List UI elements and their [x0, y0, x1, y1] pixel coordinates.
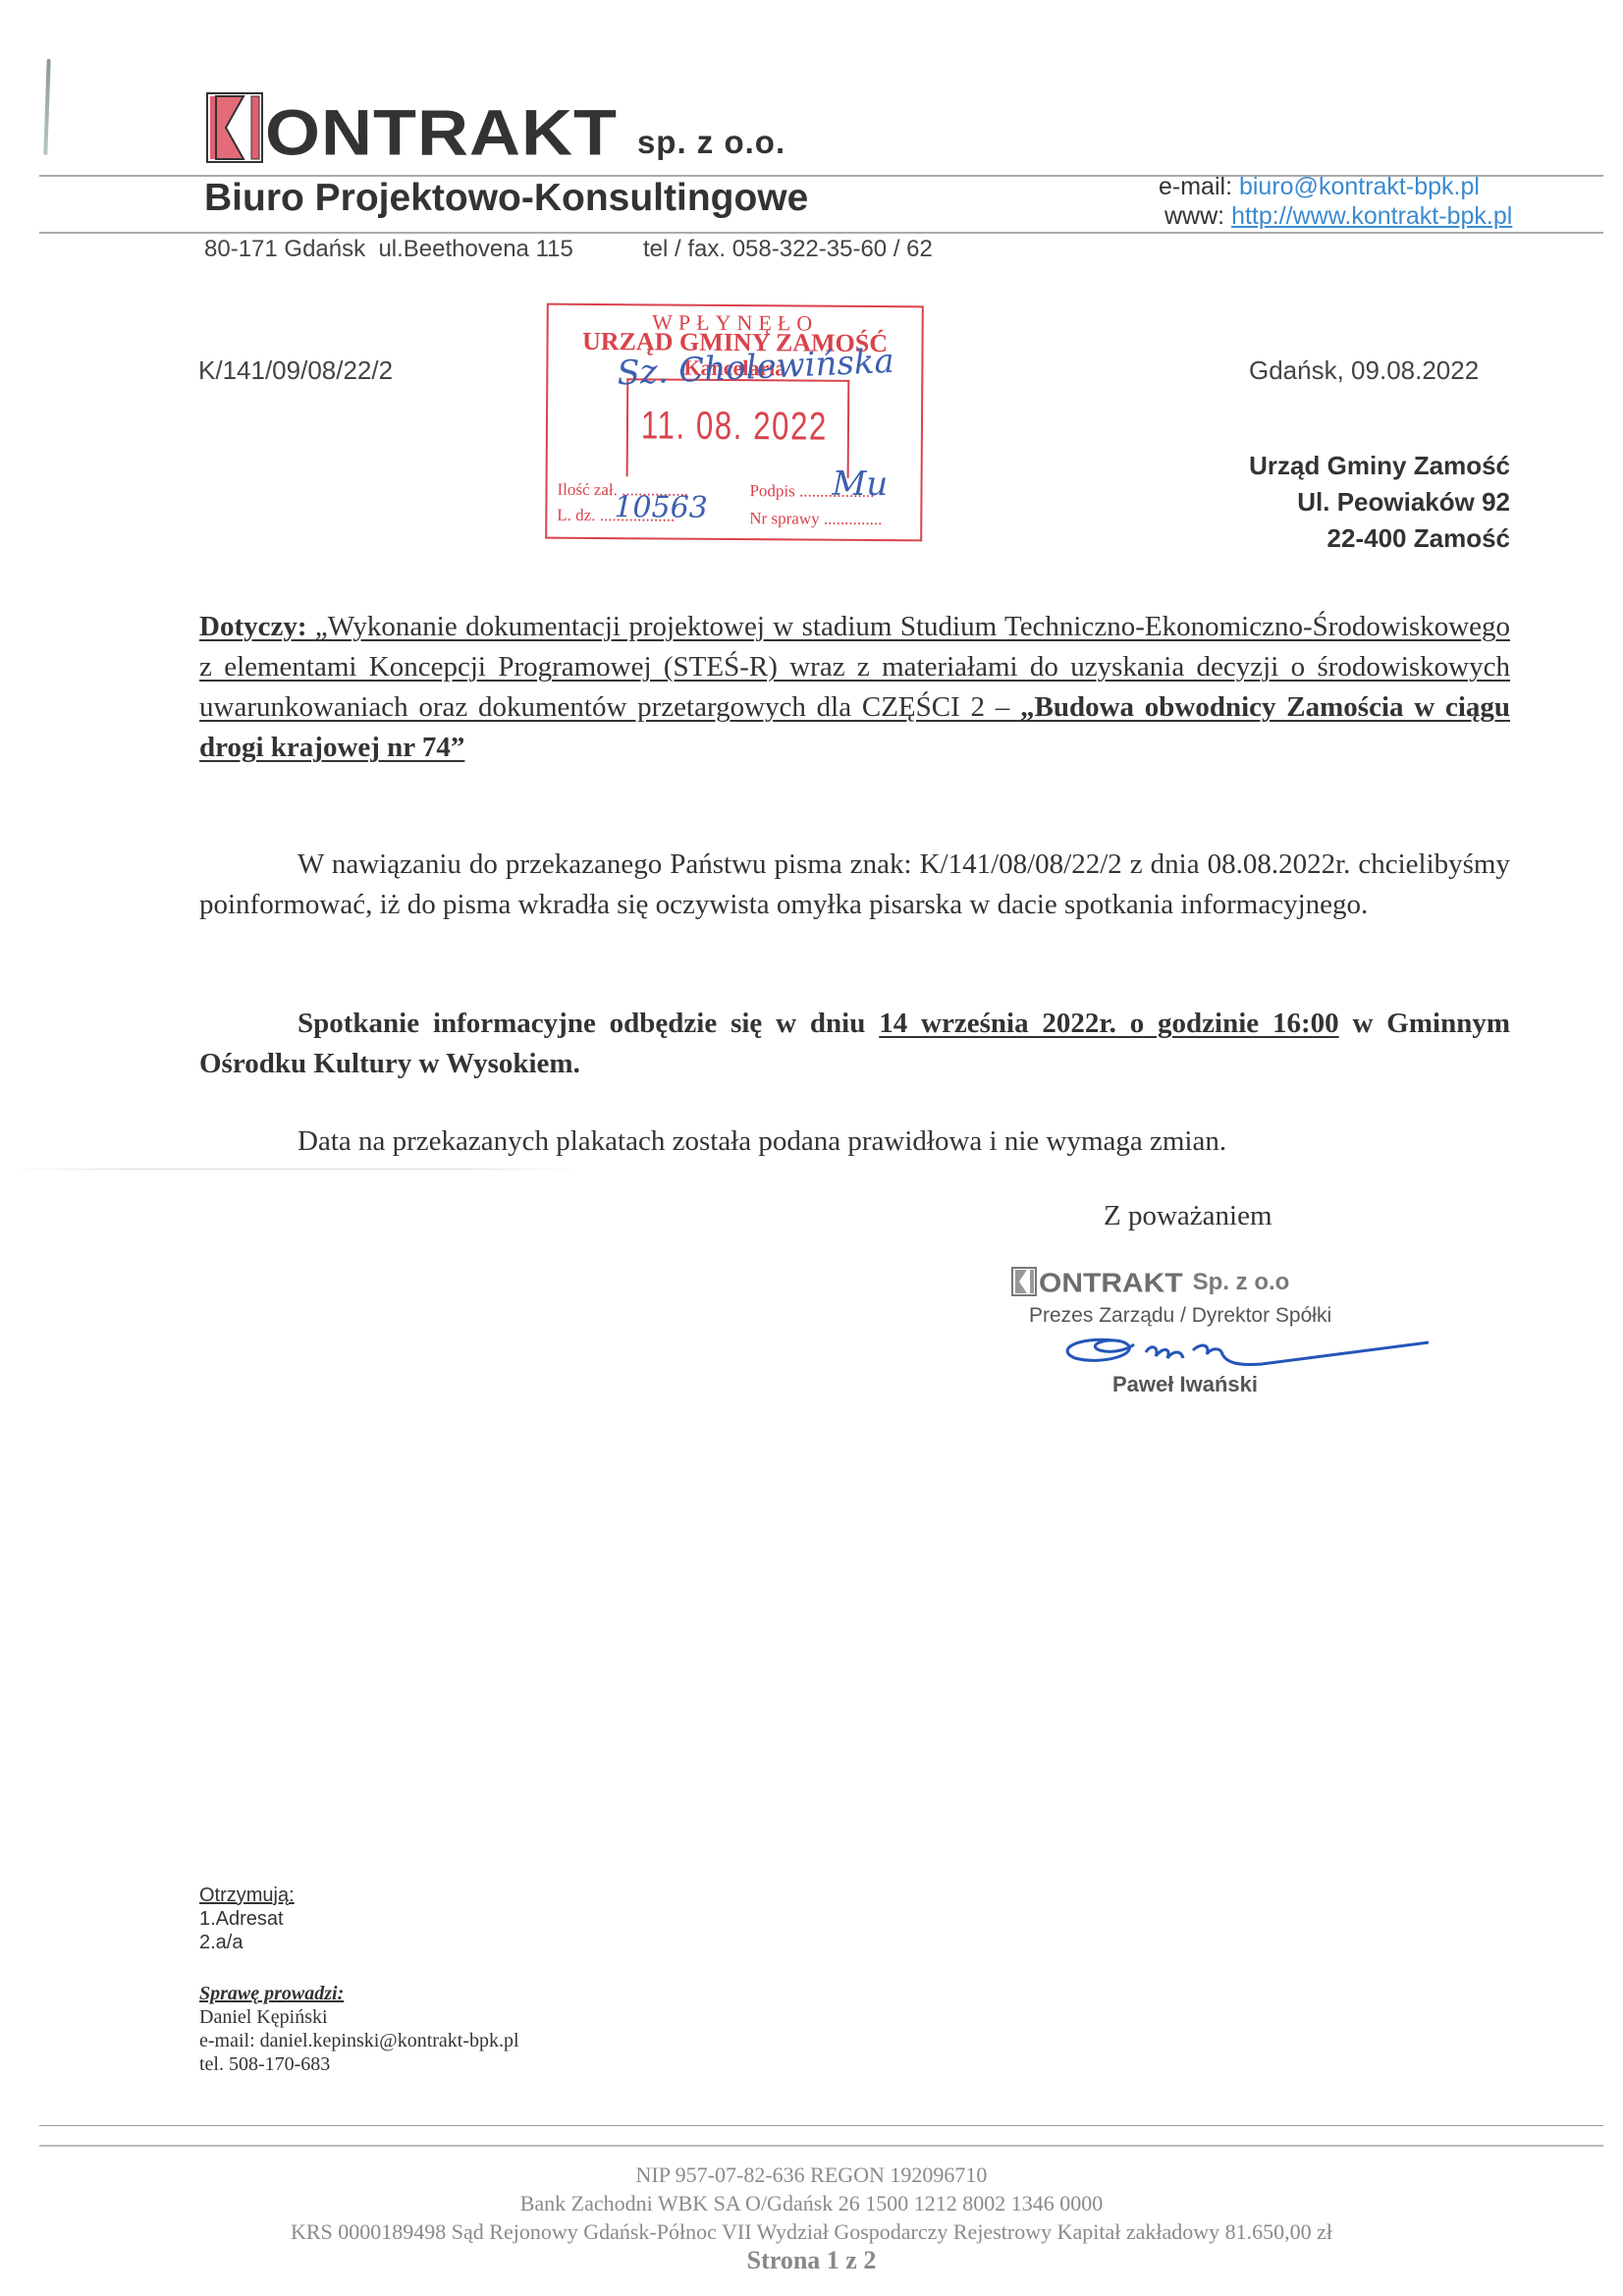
- company-suffix: sp. z o.o.: [637, 124, 785, 161]
- handler-name: Daniel Kępiński: [199, 2005, 519, 2029]
- body-paragraph-meeting: Spotkanie informacyjne odbędzie się w dn…: [199, 1004, 1510, 1084]
- company-contact: e-mail: biuro@kontrakt-bpk.pl www: http:…: [1159, 172, 1512, 231]
- website-link[interactable]: http://www.kontrakt-bpk.pl: [1231, 202, 1512, 230]
- footer-bank: Bank Zachodni WBK SA O/Gdańsk 26 1500 12…: [0, 2189, 1623, 2217]
- case-handler: Sprawę prowadzi: Daniel Kępiński e-mail:…: [199, 1982, 519, 2076]
- logo-k-icon: [206, 92, 263, 163]
- email-label: e-mail:: [1159, 173, 1232, 200]
- www-row: www: http://www.kontrakt-bpk.pl: [1159, 201, 1512, 231]
- distribution-item: 1.Adresat: [199, 1907, 295, 1931]
- receipt-stamp: WPŁYNĘŁO URZĄD GMINY ZAMOŚĆ Kancelaria 1…: [545, 303, 924, 542]
- stamp-signature-mark: Mu: [832, 465, 888, 504]
- distribution-list: Otrzymują: 1.Adresat 2.a/a: [199, 1884, 295, 1954]
- subject-label: Dotyczy:: [199, 611, 307, 642]
- header-divider-bottom: [39, 232, 1603, 234]
- footer-registry: KRS 0000189498 Sąd Rejonowy Gdańsk-Półno…: [0, 2217, 1623, 2246]
- footer-divider-top: [39, 2125, 1603, 2126]
- signatory-role: Prezes Zarządu / Dyrektor Spółki: [1029, 1304, 1331, 1328]
- company-logo: ONTRAKT sp. z o.o.: [206, 92, 785, 163]
- stamp-date: 11. 08. 2022: [641, 404, 828, 449]
- recipient-address: Urząd Gminy Zamość Ul. Peowiaków 92 22-4…: [1129, 448, 1510, 557]
- stamp-ldz-value: 10563: [614, 490, 708, 525]
- recipient-name: Urząd Gminy Zamość: [1129, 448, 1510, 484]
- logo-k-icon: [1011, 1267, 1037, 1296]
- meeting-datetime: 14 września 2022r. o godzinie 16:00: [879, 1008, 1338, 1039]
- signature-company-name: ONTRAKT: [1039, 1271, 1183, 1296]
- scan-artifact-line: [10, 1169, 579, 1170]
- scan-artifact: [43, 59, 50, 155]
- handwritten-signature: [1055, 1331, 1448, 1374]
- closing-greeting: Z poważaniem: [1104, 1200, 1272, 1232]
- stamp-field-case-number: Nr sprawy ..............: [749, 509, 882, 529]
- place-date: Gdańsk, 09.08.2022: [1249, 355, 1479, 386]
- company-subtitle: Biuro Projektowo-Konsultingowe: [204, 177, 808, 220]
- distribution-label: Otrzymują:: [199, 1884, 295, 1907]
- signature-stamp-logo: ONTRAKT Sp. z o.o: [1011, 1267, 1289, 1296]
- body-paragraph-1: W nawiązaniu do przekazanego Państwu pis…: [199, 845, 1510, 925]
- footer-tax-ids: NIP 957-07-82-636 REGON 192096710: [0, 2160, 1623, 2189]
- signatory-name: Paweł Iwański: [1112, 1372, 1258, 1397]
- subject-block: Dotyczy: „Wykonanie dokumentacji projekt…: [199, 607, 1510, 768]
- handler-phone: tel. 508-170-683: [199, 2052, 519, 2076]
- www-label: www:: [1164, 202, 1224, 230]
- email-link[interactable]: biuro@kontrakt-bpk.pl: [1239, 173, 1480, 200]
- distribution-item: 2.a/a: [199, 1931, 295, 1954]
- signature-company-suffix: Sp. z o.o: [1193, 1269, 1290, 1296]
- footer-divider-bottom: [39, 2145, 1603, 2147]
- handler-label: Sprawę prowadzi:: [199, 1982, 519, 2005]
- email-row: e-mail: biuro@kontrakt-bpk.pl: [1159, 172, 1512, 201]
- body-paragraph-3: Data na przekazanych plakatach została p…: [199, 1121, 1510, 1162]
- handler-email: e-mail: daniel.kepinski@kontrakt-bpk.pl: [199, 2029, 519, 2052]
- company-name: ONTRAKT: [265, 103, 618, 163]
- meeting-text-before: Spotkanie informacyjne odbędzie się w dn…: [298, 1008, 879, 1039]
- footer: NIP 957-07-82-636 REGON 192096710 Bank Z…: [0, 2160, 1623, 2274]
- company-address: 80-171 Gdańsk ul.Beethovena 115: [204, 236, 573, 263]
- recipient-street: Ul. Peowiaków 92: [1129, 484, 1510, 520]
- page-number: Strona 1 z 2: [0, 2246, 1623, 2274]
- company-telfax: tel / fax. 058-322-35-60 / 62: [643, 236, 933, 263]
- recipient-city: 22-400 Zamość: [1129, 520, 1510, 557]
- document-reference: K/141/09/08/22/2: [198, 355, 393, 386]
